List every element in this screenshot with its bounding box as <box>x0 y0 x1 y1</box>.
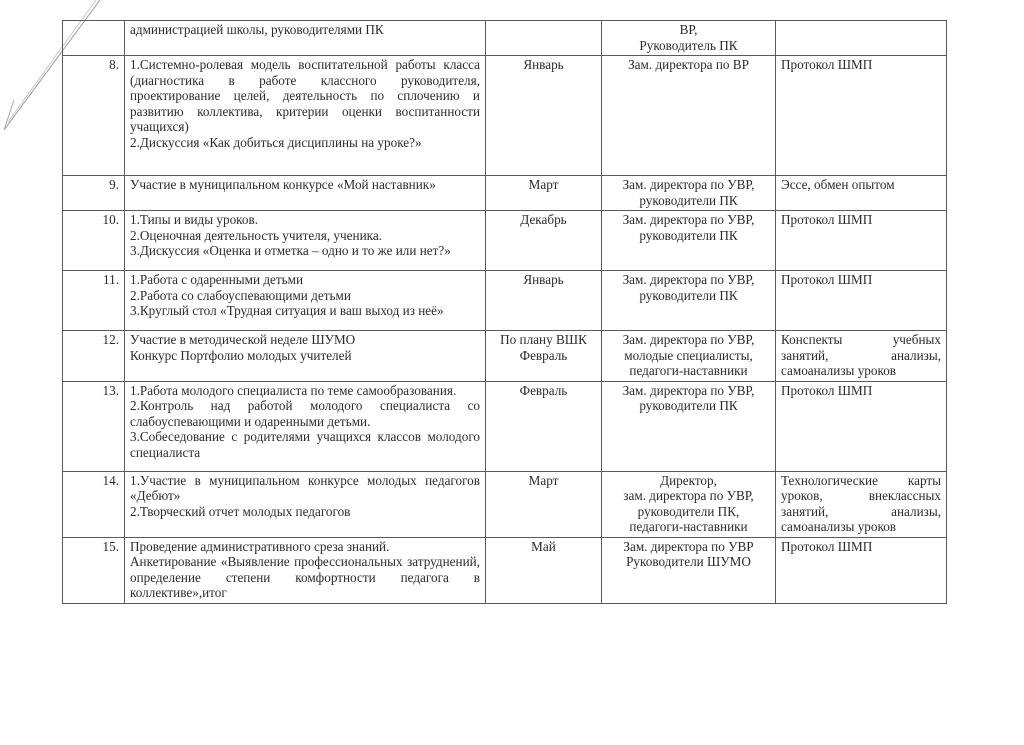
row-number: 12. <box>63 331 125 382</box>
month-line: По плану ВШК <box>491 332 596 348</box>
content-line: 2.Дискуссия «Как добиться дисциплины на … <box>130 135 480 151</box>
row-result: Эссе, обмен опытом <box>776 176 947 211</box>
month-line: Январь <box>491 57 596 73</box>
content-line: 3.Собеседование с родителями учащихся кл… <box>130 429 480 460</box>
row-result: Протокол ШМП <box>776 537 947 603</box>
responsible-line: Зам. директора по УВР <box>607 539 770 555</box>
result-line: Технологические карты уроков, внеклассны… <box>781 473 941 535</box>
content-line: 2.Работа со слабоуспевающими детьми <box>130 288 480 304</box>
responsible-line: молодые специалисты, <box>607 348 770 364</box>
content-line: администрацией школы, руководителями ПК <box>130 22 480 38</box>
plan-table-body: администрацией школы, руководителями ПК … <box>63 21 947 604</box>
content-line: 1.Работа с одаренными детьми <box>130 272 480 288</box>
row-month: Январь <box>486 271 602 331</box>
row-content: 1.Участие в муниципальном конкурсе молод… <box>125 471 486 537</box>
table-row: администрацией школы, руководителями ПК … <box>63 21 947 56</box>
responsible-line: Руководители ШУМО <box>607 554 770 570</box>
responsible-line: Зам. директора по УВР, <box>607 272 770 288</box>
row-number <box>63 21 125 56</box>
month-line: Март <box>491 177 596 193</box>
row-content: 1.Работа с одаренными детьми2.Работа со … <box>125 271 486 331</box>
result-line: Конспекты учебных занятий, анализы, само… <box>781 332 941 379</box>
content-line: Участие в муниципальном конкурсе «Мой на… <box>130 177 480 193</box>
row-month: По плану ВШКФевраль <box>486 331 602 382</box>
row-content: 1.Системно-ролевая модель воспитательной… <box>125 56 486 176</box>
row-responsible: ВР,Руководитель ПК <box>602 21 776 56</box>
row-content: 1.Типы и виды уроков.2.Оценочная деятель… <box>125 211 486 271</box>
row-result: Конспекты учебных занятий, анализы, само… <box>776 331 947 382</box>
row-number: 9. <box>63 176 125 211</box>
row-number: 15. <box>63 537 125 603</box>
row-result: Протокол ШМП <box>776 211 947 271</box>
responsible-line: руководители ПК, <box>607 504 770 520</box>
month-line: Май <box>491 539 596 555</box>
row-content: администрацией школы, руководителями ПК <box>125 21 486 56</box>
row-month: Май <box>486 537 602 603</box>
content-line: 2.Контроль над работой молодого специали… <box>130 398 480 429</box>
content-line: Участие в методической неделе ШУМО <box>130 332 480 348</box>
content-line: 1.Участие в муниципальном конкурсе молод… <box>130 473 480 504</box>
row-month <box>486 21 602 56</box>
row-result: Технологические карты уроков, внеклассны… <box>776 471 947 537</box>
content-line: 2.Оценочная деятельность учителя, ученик… <box>130 228 480 244</box>
row-month: Март <box>486 471 602 537</box>
month-line: Февраль <box>491 383 596 399</box>
responsible-line: педагоги-наставники <box>607 363 770 379</box>
responsible-line: ВР, <box>607 22 770 38</box>
row-responsible: Зам. директора по УВРРуководители ШУМО <box>602 537 776 603</box>
month-line: Февраль <box>491 348 596 364</box>
row-content: Проведение административного среза знани… <box>125 537 486 603</box>
month-line: Январь <box>491 272 596 288</box>
row-month: Февраль <box>486 381 602 471</box>
content-line: 1.Типы и виды уроков. <box>130 212 480 228</box>
table-row: 11. 1.Работа с одаренными детьми2.Работа… <box>63 271 947 331</box>
table-row: 12. Участие в методической неделе ШУМОКо… <box>63 331 947 382</box>
result-line: Протокол ШМП <box>781 383 941 399</box>
row-responsible: Зам. директора по УВР,руководители ПК <box>602 381 776 471</box>
content-line: 1.Работа молодого специалиста по теме са… <box>130 383 480 399</box>
content-line: 2.Творческий отчет молодых педагогов <box>130 504 480 520</box>
table-row: 14. 1.Участие в муниципальном конкурсе м… <box>63 471 947 537</box>
content-line: Проведение административного среза знани… <box>130 539 480 555</box>
row-month: Декабрь <box>486 211 602 271</box>
result-line: Протокол ШМП <box>781 539 941 555</box>
responsible-line: Зам. директора по УВР, <box>607 383 770 399</box>
row-result <box>776 21 947 56</box>
row-responsible: Зам. директора по УВР,руководители ПК <box>602 211 776 271</box>
row-month: Март <box>486 176 602 211</box>
plan-table: администрацией школы, руководителями ПК … <box>62 20 947 604</box>
row-content: 1.Работа молодого специалиста по теме са… <box>125 381 486 471</box>
result-line: Протокол ШМП <box>781 272 941 288</box>
result-line: Протокол ШМП <box>781 212 941 228</box>
month-line: Март <box>491 473 596 489</box>
responsible-line: Зам. директора по УВР, <box>607 332 770 348</box>
table-row: 10. 1.Типы и виды уроков.2.Оценочная дея… <box>63 211 947 271</box>
responsible-line: руководители ПК <box>607 288 770 304</box>
table-row: 15. Проведение административного среза з… <box>63 537 947 603</box>
responsible-line: руководители ПК <box>607 193 770 209</box>
row-result: Протокол ШМП <box>776 381 947 471</box>
responsible-line: зам. директора по УВР, <box>607 488 770 504</box>
content-line: 3.Круглый стол «Трудная ситуация и ваш в… <box>130 303 480 319</box>
responsible-line: руководители ПК <box>607 228 770 244</box>
row-result: Протокол ШМП <box>776 271 947 331</box>
row-responsible: Зам. директора по ВР <box>602 56 776 176</box>
responsible-line: Зам. директора по ВР <box>607 57 770 73</box>
responsible-line: Зам. директора по УВР, <box>607 212 770 228</box>
content-line: 1.Системно-ролевая модель воспитательной… <box>130 57 480 135</box>
row-number: 10. <box>63 211 125 271</box>
row-responsible: Зам. директора по УВР,руководители ПК <box>602 271 776 331</box>
content-line: Конкурс Портфолио молодых учителей <box>130 348 480 364</box>
responsible-line: руководители ПК <box>607 398 770 414</box>
content-line: 3.Дискуссия «Оценка и отметка – одно и т… <box>130 243 480 259</box>
responsible-line: Руководитель ПК <box>607 38 770 54</box>
table-row: 9. Участие в муниципальном конкурсе «Мой… <box>63 176 947 211</box>
responsible-line: Директор, <box>607 473 770 489</box>
row-month: Январь <box>486 56 602 176</box>
responsible-line: педагоги-наставники <box>607 519 770 535</box>
row-responsible: Зам. директора по УВР,молодые специалист… <box>602 331 776 382</box>
month-line: Декабрь <box>491 212 596 228</box>
table-row: 8. 1.Системно-ролевая модель воспитатель… <box>63 56 947 176</box>
content-line: Анкетирование «Выявление профессиональны… <box>130 554 480 601</box>
row-number: 8. <box>63 56 125 176</box>
row-number: 11. <box>63 271 125 331</box>
row-responsible: Директор,зам. директора по УВР,руководит… <box>602 471 776 537</box>
result-line: Эссе, обмен опытом <box>781 177 941 193</box>
responsible-line: Зам. директора по УВР, <box>607 177 770 193</box>
row-number: 14. <box>63 471 125 537</box>
table-row: 13. 1.Работа молодого специалиста по тем… <box>63 381 947 471</box>
row-result: Протокол ШМП <box>776 56 947 176</box>
result-line: Протокол ШМП <box>781 57 941 73</box>
row-responsible: Зам. директора по УВР,руководители ПК <box>602 176 776 211</box>
row-content: Участие в методической неделе ШУМОКонкур… <box>125 331 486 382</box>
row-number: 13. <box>63 381 125 471</box>
row-content: Участие в муниципальном конкурсе «Мой на… <box>125 176 486 211</box>
